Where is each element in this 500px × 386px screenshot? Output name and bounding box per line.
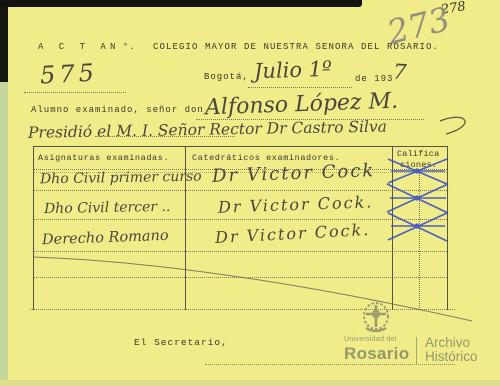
secretary-signature-line (205, 364, 455, 365)
scanned-acta-document: { "page": { "archive_numbers": { "small"… (0, 0, 500, 386)
watermark-rosario: Rosario (344, 344, 409, 364)
grade-x-mark-3 (388, 213, 447, 241)
grade-x-mark-1 (388, 159, 447, 184)
watermark-universidad-del: Universidad del (344, 336, 397, 343)
university-crest-icon (358, 300, 394, 334)
secretary-label: El Secretario, (134, 337, 228, 348)
grade-x-mark-2 (387, 184, 448, 213)
signature-flourish (440, 117, 465, 134)
watermark-divider (416, 337, 417, 365)
watermark-historico: Histórico (425, 350, 478, 364)
ink-overlay (0, 0, 500, 386)
watermark-archivo: Archivo (425, 336, 470, 350)
page-curl-line (33, 257, 472, 321)
